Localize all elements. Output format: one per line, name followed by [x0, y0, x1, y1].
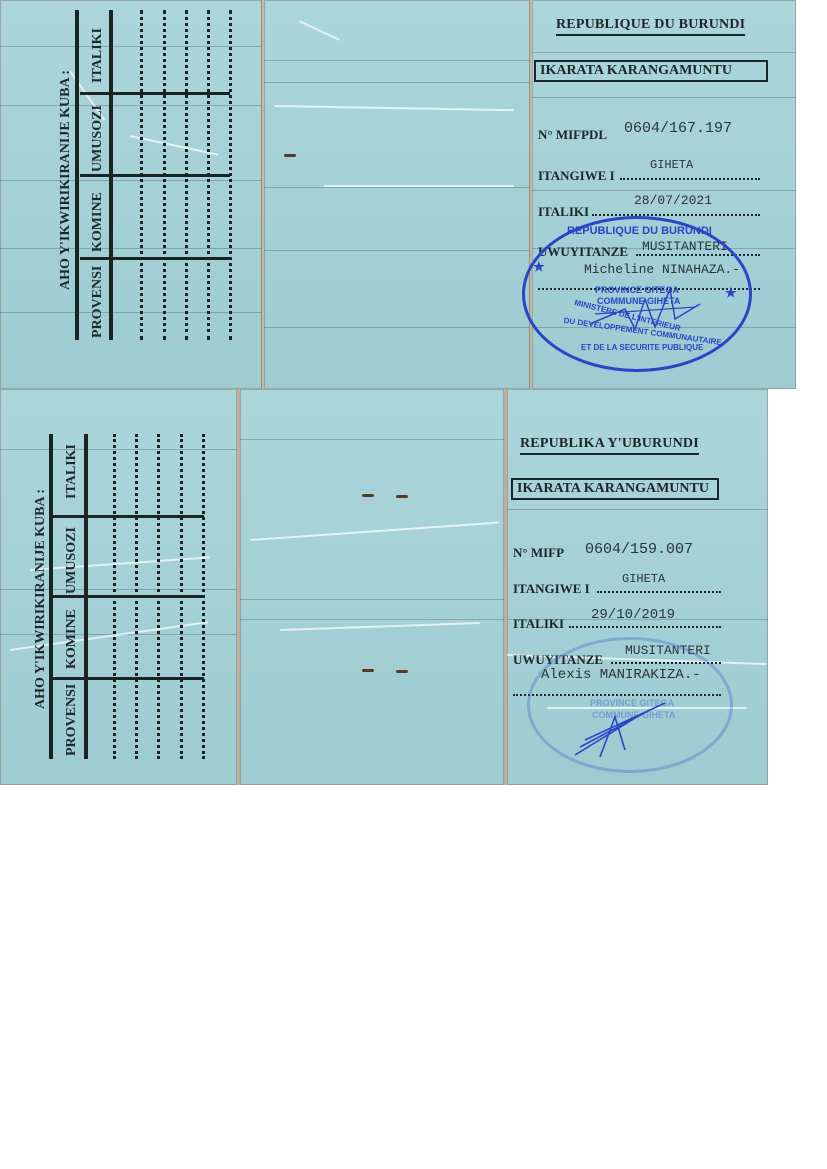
- address-title: AHO Y'IKWIRIKIRANIJE KUBA :: [33, 489, 49, 709]
- number-value: 0604/167.197: [624, 120, 732, 137]
- card-2-info-panel: REPUBLIKA Y'UBURUNDI IKARATA KARANGAMUNT…: [507, 389, 768, 785]
- card-2-address-table: AHO Y'IKWIRIKIRANIJE KUBA : PROVENSI KOM…: [0, 389, 237, 785]
- column-komine: KOMINE: [64, 609, 80, 669]
- date-label: ITALIKI: [513, 616, 564, 632]
- signature-icon: [570, 695, 680, 765]
- staple-mark: [396, 495, 408, 498]
- date-value: 29/10/2019: [591, 607, 675, 623]
- date-label: ITALIKI: [538, 204, 589, 220]
- address-title: AHO Y'IKWIRIKIRANIJE KUBA :: [58, 70, 74, 290]
- number-label: N° MIFPDL: [538, 127, 607, 143]
- star-icon: ★: [725, 285, 737, 301]
- signature-icon: [585, 269, 705, 339]
- stamp-line-5: ET DE LA SECURITE PUBLIQUE: [581, 343, 703, 352]
- card-1-address-table: AHO Y'IKWIRIKIRANIJE KUBA : PROVENSI KOM…: [0, 0, 262, 389]
- number-value: 0604/159.007: [585, 541, 693, 558]
- stamp-top: REPUBLIQUE DU BURUNDI: [567, 225, 712, 237]
- column-provensi: PROVENSI: [64, 684, 80, 756]
- staple-mark: [362, 669, 374, 672]
- card-1-address-panel: AHO Y'IKWIRIKIRANIJE KUBA : PROVENSI KOM…: [0, 0, 262, 389]
- card-title: IKARATA KARANGAMUNTU: [511, 478, 719, 500]
- column-komine: KOMINE: [90, 192, 106, 252]
- issued-at-value: GIHETA: [622, 572, 665, 586]
- issued-at-label: ITANGIWE I: [538, 168, 615, 184]
- column-umusozi: UMUSOZI: [90, 105, 106, 172]
- card-1-info-panel: REPUBLIQUE DU BURUNDI IKARATA KARANGAMUN…: [532, 0, 796, 389]
- card-1-blank-panel: [264, 0, 530, 389]
- card-title: IKARATA KARANGAMUNTU: [534, 60, 768, 82]
- column-umusozi: UMUSOZI: [64, 527, 80, 594]
- staple-mark: [396, 670, 408, 673]
- issued-at-label: ITANGIWE I: [513, 581, 590, 597]
- id-card-2: AHO Y'IKWIRIKIRANIJE KUBA : PROVENSI KOM…: [0, 389, 768, 785]
- column-italiki: ITALIKI: [90, 28, 106, 83]
- date-value: 28/07/2021: [634, 193, 712, 208]
- official-stamp: PROVINCE GITEGA COMMUNE GIHETA: [527, 637, 733, 773]
- country-header: REPUBLIQUE DU BURUNDI: [556, 17, 745, 36]
- number-label: N° MIFP: [513, 545, 564, 561]
- column-provensi: PROVENSI: [90, 266, 106, 338]
- staple-mark: [362, 494, 374, 497]
- star-icon: ★: [533, 259, 545, 275]
- issued-at-value: GIHETA: [650, 158, 693, 172]
- id-card-1: AHO Y'IKWIRIKIRANIJE KUBA : PROVENSI KOM…: [0, 0, 796, 389]
- card-2-blank-panel: [240, 389, 504, 785]
- country-header: REPUBLIKA Y'UBURUNDI: [520, 436, 699, 455]
- column-italiki: ITALIKI: [64, 444, 80, 499]
- official-stamp: REPUBLIQUE DU BURUNDI PROVINCE GITEGA CO…: [522, 216, 752, 372]
- card-2-address-panel: AHO Y'IKWIRIKIRANIJE KUBA : PROVENSI KOM…: [0, 389, 237, 785]
